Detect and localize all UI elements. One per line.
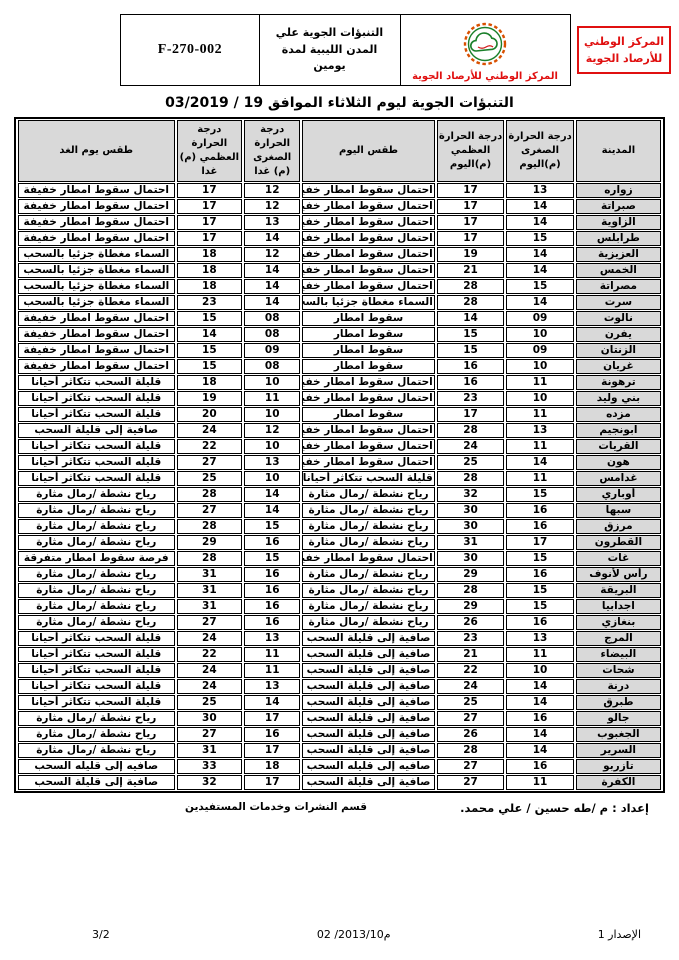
max-today-cell: 28: [437, 743, 505, 758]
weather-today-cell: رياح نشطة /رمال مثارة: [302, 487, 435, 502]
max-today-cell: 23: [437, 391, 505, 406]
bottom-row: الإصدار 1 02 /2013/10م 3/2: [0, 928, 679, 941]
weather-today-cell: رياح نشطة /رمال مثارة: [302, 583, 435, 598]
city-cell: شحات: [576, 663, 661, 678]
max-tomorrow-cell: 22: [177, 439, 243, 454]
weather-tomorrow-cell: قليله السحب تتكاثر أحيانا: [18, 455, 175, 470]
max-tomorrow-cell: 27: [177, 503, 243, 518]
max-today-cell: 27: [437, 775, 505, 790]
weather-today-cell: رياح نشطة /رمال مثارة: [302, 599, 435, 614]
table-row: بني وليد1023احتمال سقوط امطار خفيفة1119ق…: [18, 391, 661, 406]
weather-tomorrow-cell: قليلة السحب تتكاثر أحيانا: [18, 391, 175, 406]
max-today-cell: 28: [437, 583, 505, 598]
min-tomorrow-cell: 14: [244, 295, 300, 310]
min-tomorrow-cell: 17: [244, 711, 300, 726]
city-cell: الجغبوب: [576, 727, 661, 742]
max-today-cell: 17: [437, 199, 505, 214]
city-cell: الخمس: [576, 263, 661, 278]
weather-tomorrow-cell: فرصة سقوط امطار متفرقة: [18, 551, 175, 566]
min-today-cell: 15: [506, 599, 574, 614]
max-tomorrow-cell: 15: [177, 311, 243, 326]
max-tomorrow-cell: 15: [177, 359, 243, 374]
min-today-cell: 14: [506, 199, 574, 214]
city-cell: سرت: [576, 295, 661, 310]
weather-tomorrow-cell: احتمال سقوط امطار خفيفة: [18, 215, 175, 230]
col-header-min-today: درجة الحرارة الصغرى (م)اليوم: [506, 120, 574, 182]
weather-tomorrow-cell: احتمال سقوط امطار خفيفة: [18, 183, 175, 198]
table-row: القطرون1731رياح نشطة /رمال مثارة1629رياح…: [18, 535, 661, 550]
weather-tomorrow-cell: رياح نشطة /رمال مثارة: [18, 487, 175, 502]
weather-tomorrow-cell: رياح نشطة /رمال مثارة: [18, 503, 175, 518]
city-cell: درنة: [576, 679, 661, 694]
table-row: رأس لأنوف1629رياح نشطة /رمال مثارة1631ري…: [18, 567, 661, 582]
max-today-cell: 17: [437, 215, 505, 230]
weather-today-cell: صافية إلى قليلة السحب: [302, 695, 435, 710]
max-today-cell: 15: [437, 343, 505, 358]
max-today-cell: 17: [437, 183, 505, 198]
city-cell: أوباري: [576, 487, 661, 502]
weather-tomorrow-cell: رياح نشطة /رمال مثارة: [18, 583, 175, 598]
table-row: نالوت0914سقوط امطار0815احتمال سقوط امطار…: [18, 311, 661, 326]
weather-tomorrow-cell: قليلة السحب تتكاثر أحيانا: [18, 679, 175, 694]
table-row: جالو1627صافية إلى قليلة السحب1730رياح نش…: [18, 711, 661, 726]
min-tomorrow-cell: 15: [244, 519, 300, 534]
max-tomorrow-cell: 28: [177, 551, 243, 566]
weather-tomorrow-cell: صافية إلى قليلة السحب: [18, 775, 175, 790]
subject-box: التنبؤات الجوية علي المدن الليبية لمدة ي…: [259, 14, 401, 86]
weather-tomorrow-cell: رياح نشطة /رمال مثارة: [18, 743, 175, 758]
max-tomorrow-cell: 31: [177, 567, 243, 582]
weather-today-cell: سقوط امطار: [302, 327, 435, 342]
weather-tomorrow-cell: السماء مغطاة جزئيا بالسحب: [18, 263, 175, 278]
weather-today-cell: سقوط امطار: [302, 311, 435, 326]
weather-tomorrow-cell: احتمال سقوط امطار خفيفة: [18, 199, 175, 214]
max-today-cell: 17: [437, 231, 505, 246]
table-header: المدينة درجة الحرارة الصغرى (م)اليوم درج…: [18, 120, 661, 182]
city-cell: ترهونة: [576, 375, 661, 390]
min-today-cell: 15: [506, 551, 574, 566]
department: قسم النشرات وخدمات المستفيدين: [185, 801, 367, 813]
max-today-cell: 28: [437, 471, 505, 486]
max-tomorrow-cell: 17: [177, 183, 243, 198]
table-row: طبرق1425صافية إلى قليلة السحب1425قليلة ا…: [18, 695, 661, 710]
min-tomorrow-cell: 16: [244, 535, 300, 550]
max-today-cell: 26: [437, 615, 505, 630]
max-today-cell: 28: [437, 295, 505, 310]
weather-tomorrow-cell: السماء مغطاة جزئيا بالسحب: [18, 295, 175, 310]
min-today-cell: 15: [506, 279, 574, 294]
min-tomorrow-cell: 14: [244, 279, 300, 294]
city-cell: بنغازي: [576, 615, 661, 630]
max-tomorrow-cell: 28: [177, 519, 243, 534]
weather-tomorrow-cell: صافية إلى قليلة السحب: [18, 423, 175, 438]
weather-today-cell: رياح نشطة /رمال مثارة: [302, 519, 435, 534]
weather-today-cell: احتمال سقوط امطار خفيفة: [302, 263, 435, 278]
city-cell: الزاوية: [576, 215, 661, 230]
city-cell: يفرن: [576, 327, 661, 342]
weather-today-cell: احتمال سقوط امطار خفيفة: [302, 199, 435, 214]
table-row: السرير1428صافية إلى قليلة السحب1731رياح …: [18, 743, 661, 758]
weather-today-cell: احتمال سقوط امطار خفيفه: [302, 455, 435, 470]
min-tomorrow-cell: 17: [244, 743, 300, 758]
min-tomorrow-cell: 08: [244, 311, 300, 326]
weather-tomorrow-cell: رياح نشطة /رمال مثارة: [18, 535, 175, 550]
table-row: شحات1022صافية إلى قليلة السحب1124قليلة ا…: [18, 663, 661, 678]
min-today-cell: 17: [506, 535, 574, 550]
max-today-cell: 30: [437, 503, 505, 518]
table-row: ترهونة1116احتمال سقوط امطار خفيفة1018قلي…: [18, 375, 661, 390]
min-today-cell: 15: [506, 231, 574, 246]
max-tomorrow-cell: 20: [177, 407, 243, 422]
min-today-cell: 11: [506, 439, 574, 454]
max-today-cell: 24: [437, 679, 505, 694]
table-row: مرزق1630رياح نشطة /رمال مثارة1528رياح نش…: [18, 519, 661, 534]
city-cell: صبراتة: [576, 199, 661, 214]
min-tomorrow-cell: 13: [244, 215, 300, 230]
weather-tomorrow-cell: رياح نشطة /رمال مثارة: [18, 711, 175, 726]
max-tomorrow-cell: 18: [177, 263, 243, 278]
max-tomorrow-cell: 17: [177, 231, 243, 246]
col-header-max-tomorrow: درجة الحرارة العظمي (م) غدا: [177, 120, 243, 182]
table-row: غريان1016سقوط امطار0815احتمال سقوط امطار…: [18, 359, 661, 374]
table-row: سرت1428السماء مغطاة جزئيا بالسحب1423السم…: [18, 295, 661, 310]
min-tomorrow-cell: 14: [244, 695, 300, 710]
weather-today-cell: صافية إلى قليلة السحب: [302, 663, 435, 678]
weather-today-cell: احتمال سقوط امطار خفيفة: [302, 247, 435, 262]
weather-tomorrow-cell: قليلة السحب تتكاثر أحيانا: [18, 375, 175, 390]
table-row: المرج1323صافية إلى قليلة السحب1324قليلة …: [18, 631, 661, 646]
weather-today-cell: صافية إلى قليلة السحب: [302, 743, 435, 758]
weather-tomorrow-cell: احتمال سقوط امطار خفيفة: [18, 343, 175, 358]
max-tomorrow-cell: 25: [177, 695, 243, 710]
max-today-cell: 27: [437, 711, 505, 726]
city-cell: مصراتة: [576, 279, 661, 294]
max-tomorrow-cell: 25: [177, 471, 243, 486]
table-row: الزاوية1417احتمال سقوط امطار خفيفة1317اح…: [18, 215, 661, 230]
city-cell: نالوت: [576, 311, 661, 326]
city-cell: السرير: [576, 743, 661, 758]
weather-tomorrow-cell: السماء مغطاة جزئيا بالسحب: [18, 247, 175, 262]
min-today-cell: 11: [506, 471, 574, 486]
city-cell: غريان: [576, 359, 661, 374]
min-tomorrow-cell: 10: [244, 471, 300, 486]
weather-tomorrow-cell: قليلة السحب تتكاثر أحيانا: [18, 439, 175, 454]
weather-today-cell: صافية إلى قليلة السحب: [302, 775, 435, 790]
page-title: التنبؤات الجوية ليوم الثلاثاء الموافق 19…: [0, 95, 679, 111]
min-tomorrow-cell: 14: [244, 231, 300, 246]
min-tomorrow-cell: 14: [244, 503, 300, 518]
max-tomorrow-cell: 27: [177, 455, 243, 470]
min-today-cell: 13: [506, 631, 574, 646]
city-cell: رأس لأنوف: [576, 567, 661, 582]
max-tomorrow-cell: 22: [177, 647, 243, 662]
weather-today-cell: احتمال سقوط امطار خفيفة: [302, 375, 435, 390]
weather-tomorrow-cell: رياح نشطة /رمال مثارة: [18, 615, 175, 630]
col-header-city: المدينة: [576, 120, 661, 182]
city-cell: ابونجيم: [576, 423, 661, 438]
min-today-cell: 14: [506, 247, 574, 262]
max-today-cell: 25: [437, 695, 505, 710]
table-row: العزيزية1419احتمال سقوط امطار خفيفة1218ا…: [18, 247, 661, 262]
max-tomorrow-cell: 30: [177, 711, 243, 726]
city-cell: هون: [576, 455, 661, 470]
min-tomorrow-cell: 14: [244, 487, 300, 502]
min-today-cell: 16: [506, 615, 574, 630]
table-row: غات1530احتمال سقوط امطار خفيفة1528فرصة س…: [18, 551, 661, 566]
min-tomorrow-cell: 10: [244, 407, 300, 422]
weather-today-cell: احتمال سقوط امطار خفيفة: [302, 551, 435, 566]
weather-today-cell: احتمال سقوط امطار خفيفة: [302, 183, 435, 198]
city-cell: القريات: [576, 439, 661, 454]
max-tomorrow-cell: 15: [177, 343, 243, 358]
logo-box: المركز الوطني للأرصاد الجوية: [399, 14, 571, 86]
weather-today-cell: احتمال سقوط امطار خفيفة: [302, 231, 435, 246]
max-today-cell: 21: [437, 647, 505, 662]
city-cell: العزيزية: [576, 247, 661, 262]
max-tomorrow-cell: 17: [177, 199, 243, 214]
prepared-by: إعداد : م /طه حسين / علي محمد.: [460, 801, 649, 815]
min-tomorrow-cell: 11: [244, 391, 300, 406]
max-tomorrow-cell: 29: [177, 535, 243, 550]
forecast-table: المدينة درجة الحرارة الصغرى (م)اليوم درج…: [14, 117, 665, 793]
max-tomorrow-cell: 27: [177, 615, 243, 630]
min-today-cell: 14: [506, 263, 574, 278]
weather-tomorrow-cell: رياح نشطة /رمال مثارة: [18, 727, 175, 742]
min-today-cell: 14: [506, 295, 574, 310]
weather-today-cell: صافية إلى قليلة السحب: [302, 727, 435, 742]
city-cell: بني وليد: [576, 391, 661, 406]
city-cell: الكفرة: [576, 775, 661, 790]
logo-caption: المركز الوطني للأرصاد الجوية: [412, 71, 558, 82]
min-today-cell: 13: [506, 183, 574, 198]
min-today-cell: 11: [506, 407, 574, 422]
min-tomorrow-cell: 10: [244, 439, 300, 454]
max-today-cell: 29: [437, 567, 505, 582]
max-today-cell: 27: [437, 759, 505, 774]
table-row: بنغازي1626رياح نشطة /رمال مثارة1627رياح …: [18, 615, 661, 630]
max-tomorrow-cell: 33: [177, 759, 243, 774]
max-today-cell: 19: [437, 247, 505, 262]
max-today-cell: 28: [437, 423, 505, 438]
min-today-cell: 14: [506, 455, 574, 470]
min-today-cell: 10: [506, 327, 574, 342]
weather-today-cell: رياح نشطة /رمال مثارة: [302, 535, 435, 550]
table-row: غدامس1128قليلة السحب تتكاثر أحيانا1025قل…: [18, 471, 661, 486]
max-tomorrow-cell: 24: [177, 423, 243, 438]
min-tomorrow-cell: 12: [244, 247, 300, 262]
city-cell: اجدابيا: [576, 599, 661, 614]
max-today-cell: 17: [437, 407, 505, 422]
max-tomorrow-cell: 17: [177, 215, 243, 230]
col-header-weather-today: طقس اليوم: [302, 120, 435, 182]
min-tomorrow-cell: 08: [244, 327, 300, 342]
forecast-table-body: زواره1317احتمال سقوط امطار خفيفة1217احتم…: [18, 183, 661, 790]
min-tomorrow-cell: 12: [244, 183, 300, 198]
min-today-cell: 16: [506, 519, 574, 534]
table-row: الخمس1421احتمال سقوط امطار خفيفة1418السم…: [18, 263, 661, 278]
max-today-cell: 26: [437, 727, 505, 742]
table-row: سبها1630رياح نشطة /رمال مثارة1427رياح نش…: [18, 503, 661, 518]
city-cell: غدامس: [576, 471, 661, 486]
weather-tomorrow-cell: قليلة السحب تتكاثر أحيانا: [18, 471, 175, 486]
weather-today-cell: رياح نشطة /رمال مثارة: [302, 615, 435, 630]
city-cell: القطرون: [576, 535, 661, 550]
max-tomorrow-cell: 31: [177, 743, 243, 758]
min-today-cell: 15: [506, 583, 574, 598]
min-today-cell: 10: [506, 359, 574, 374]
table-row: الزنتان0915سقوط امطار0915احتمال سقوط امط…: [18, 343, 661, 358]
city-cell: مرزق: [576, 519, 661, 534]
table-row: درنة1424صافية إلى قليلة السحب1324قليلة ا…: [18, 679, 661, 694]
weather-today-cell: احتمال سقوط امطار خفيفة: [302, 215, 435, 230]
max-today-cell: 21: [437, 263, 505, 278]
min-tomorrow-cell: 12: [244, 199, 300, 214]
weather-today-cell: سقوط امطار: [302, 359, 435, 374]
weather-tomorrow-cell: قليلة السحب تتكاثر أحيانا: [18, 407, 175, 422]
min-today-cell: 14: [506, 743, 574, 758]
max-tomorrow-cell: 24: [177, 679, 243, 694]
weather-today-cell: صافية إلى قليلة السحب: [302, 679, 435, 694]
weather-tomorrow-cell: السماء مغطاة جزئيا بالسحب: [18, 279, 175, 294]
weather-tomorrow-cell: احتمال سقوط امطار خفيفة: [18, 311, 175, 326]
min-today-cell: 11: [506, 775, 574, 790]
weather-today-cell: رياح نشطة /رمال مثارة: [302, 503, 435, 518]
min-tomorrow-cell: 16: [244, 727, 300, 742]
max-tomorrow-cell: 18: [177, 247, 243, 262]
table-row: القريات1124احتمال سقوط امطار خفيفة1022قل…: [18, 439, 661, 454]
max-tomorrow-cell: 28: [177, 487, 243, 502]
min-today-cell: 10: [506, 663, 574, 678]
max-today-cell: 15: [437, 327, 505, 342]
weather-today-cell: سقوط امطار: [302, 343, 435, 358]
min-today-cell: 16: [506, 503, 574, 518]
table-row: البريقة1528رياح نشطة /رمال مثارة1631رياح…: [18, 583, 661, 598]
min-today-cell: 14: [506, 695, 574, 710]
city-cell: سبها: [576, 503, 661, 518]
min-tomorrow-cell: 08: [244, 359, 300, 374]
min-tomorrow-cell: 11: [244, 647, 300, 662]
min-tomorrow-cell: 13: [244, 679, 300, 694]
table-row: الكفرة1127صافية إلى قليلة السحب1732صافية…: [18, 775, 661, 790]
table-row: الجغبوب1426صافية إلى قليلة السحب1627رياح…: [18, 727, 661, 742]
weather-today-cell: سقوط امطار: [302, 407, 435, 422]
table-row: اجدابيا1529رياح نشطة /رمال مثارة1631رياح…: [18, 599, 661, 614]
min-tomorrow-cell: 16: [244, 567, 300, 582]
max-today-cell: 32: [437, 487, 505, 502]
min-today-cell: 10: [506, 391, 574, 406]
min-today-cell: 09: [506, 343, 574, 358]
max-tomorrow-cell: 18: [177, 375, 243, 390]
document-date: 02 /2013/10م: [317, 928, 391, 941]
weather-tomorrow-cell: قليلة السحب تتكاثر أحيانا: [18, 695, 175, 710]
col-header-max-today: درجة الحرارة العظمي (م)اليوم: [437, 120, 505, 182]
weather-tomorrow-cell: احتمال سقوط امطار خفيفة: [18, 327, 175, 342]
max-today-cell: 31: [437, 535, 505, 550]
city-cell: الزنتان: [576, 343, 661, 358]
max-today-cell: 14: [437, 311, 505, 326]
min-tomorrow-cell: 15: [244, 551, 300, 566]
weather-today-cell: رياح نشطة /رمال مثارة: [302, 567, 435, 582]
city-cell: تازربو: [576, 759, 661, 774]
org-stamp: المركز الوطني للأرصاد الجوية: [577, 26, 671, 74]
city-cell: البيضاء: [576, 647, 661, 662]
min-today-cell: 11: [506, 375, 574, 390]
weather-today-cell: صافية إلى قليلة السحب: [302, 647, 435, 662]
min-tomorrow-cell: 14: [244, 263, 300, 278]
min-tomorrow-cell: 11: [244, 663, 300, 678]
weather-tomorrow-cell: رياح نشطة /رمال مثارة: [18, 567, 175, 582]
max-today-cell: 16: [437, 375, 505, 390]
max-tomorrow-cell: 23: [177, 295, 243, 310]
min-tomorrow-cell: 13: [244, 631, 300, 646]
weather-tomorrow-cell: احتمال سقوط امطار خفيفة: [18, 231, 175, 246]
table-row: مزده1117سقوط امطار1020قليلة السحب تتكاثر…: [18, 407, 661, 422]
city-cell: البريقة: [576, 583, 661, 598]
table-row: طرابلس1517احتمال سقوط امطار خفيفة1417احت…: [18, 231, 661, 246]
min-today-cell: 09: [506, 311, 574, 326]
min-tomorrow-cell: 09: [244, 343, 300, 358]
weather-today-cell: احتمال سقوط امطار خفيفة: [302, 391, 435, 406]
header-row: المركز الوطني للأرصاد الجوية المركز الوط…: [0, 14, 671, 86]
form-number: F-270-002: [120, 14, 260, 86]
max-today-cell: 29: [437, 599, 505, 614]
max-tomorrow-cell: 32: [177, 775, 243, 790]
city-cell: جالو: [576, 711, 661, 726]
min-today-cell: 13: [506, 423, 574, 438]
page-number: 3/2: [92, 928, 110, 941]
cloud-logo-icon: [463, 22, 507, 70]
min-tomorrow-cell: 18: [244, 759, 300, 774]
min-tomorrow-cell: 17: [244, 775, 300, 790]
max-today-cell: 16: [437, 359, 505, 374]
min-tomorrow-cell: 16: [244, 599, 300, 614]
city-cell: زواره: [576, 183, 661, 198]
weather-today-cell: قليلة السحب تتكاثر أحيانا: [302, 471, 435, 486]
weather-today-cell: صافيه إلى قليله السحب: [302, 759, 435, 774]
min-today-cell: 14: [506, 215, 574, 230]
col-header-weather-tomorrow: طقس يوم الغد: [18, 120, 175, 182]
table-row: هون1425احتمال سقوط امطار خفيفه1327قليله …: [18, 455, 661, 470]
max-today-cell: 22: [437, 663, 505, 678]
min-tomorrow-cell: 16: [244, 615, 300, 630]
min-tomorrow-cell: 12: [244, 423, 300, 438]
max-today-cell: 30: [437, 519, 505, 534]
weather-tomorrow-cell: قليلة السحب تتكاثر أحيانا: [18, 663, 175, 678]
min-tomorrow-cell: 10: [244, 375, 300, 390]
max-tomorrow-cell: 24: [177, 631, 243, 646]
weather-today-cell: صافية إلى قليلة السحب: [302, 711, 435, 726]
max-today-cell: 30: [437, 551, 505, 566]
table-row: مصراتة1528احتمال سقوط امطار خفيفة1418الس…: [18, 279, 661, 294]
max-tomorrow-cell: 18: [177, 279, 243, 294]
city-cell: غات: [576, 551, 661, 566]
weather-tomorrow-cell: قليلة السحب تتكاثر أحيانا: [18, 631, 175, 646]
min-today-cell: 11: [506, 647, 574, 662]
footer-row: إعداد : م /طه حسين / علي محمد. قسم النشر…: [0, 801, 679, 819]
max-tomorrow-cell: 24: [177, 663, 243, 678]
max-tomorrow-cell: 31: [177, 599, 243, 614]
weather-tomorrow-cell: قليلة السحب تتكاثر أحيانا: [18, 647, 175, 662]
weather-today-cell: السماء مغطاة جزئيا بالسحب: [302, 295, 435, 310]
max-today-cell: 25: [437, 455, 505, 470]
table-row: البيضاء1121صافية إلى قليلة السحب1122قليل…: [18, 647, 661, 662]
city-cell: المرج: [576, 631, 661, 646]
max-tomorrow-cell: 14: [177, 327, 243, 342]
weather-today-cell: احتمال سقوط امطار خفيفة: [302, 439, 435, 454]
table-row: ابونجيم1328احتمال سقوط امطار خفيفة1224صا…: [18, 423, 661, 438]
weather-today-cell: احتمال سقوط امطار خفيفة: [302, 279, 435, 294]
table-row: أوباري1532رياح نشطة /رمال مثارة1428رياح …: [18, 487, 661, 502]
